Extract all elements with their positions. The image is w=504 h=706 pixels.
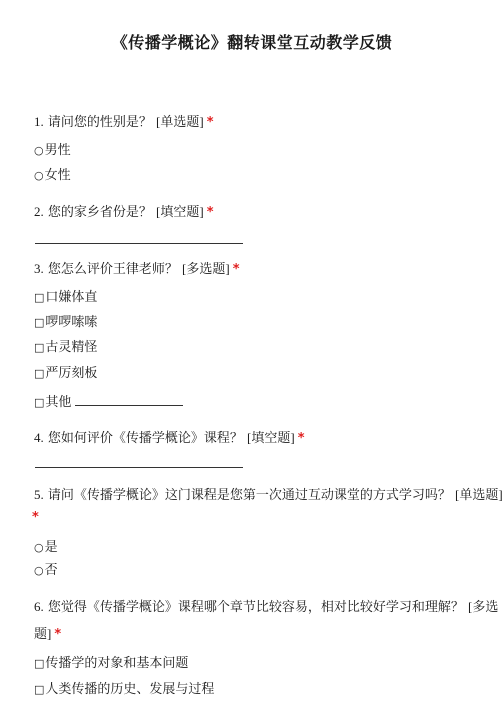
question-type: [多选题] [182, 261, 230, 276]
question-1: 1. 请问您的性别是？ [单选题]* [34, 114, 214, 131]
question-type: [单选题] [156, 114, 204, 129]
radio-icon[interactable]: ○ [34, 564, 44, 577]
question-6-continued: 题]* [34, 626, 61, 643]
option-label: 传播学的对象和基本问题 [45, 656, 188, 671]
checkbox-option-2[interactable]: □啰啰嗦嗦 [34, 315, 97, 331]
checkbox-icon[interactable]: □ [34, 341, 44, 354]
question-type: [单选题] [455, 487, 503, 502]
question-text: 您觉得《传播学概论》课程哪个章节比较容易，相对比较好学习和理解？ [48, 600, 464, 615]
checkbox-option-other[interactable]: □其他 [34, 393, 183, 411]
checkbox-icon[interactable]: □ [34, 367, 44, 380]
question-4: 4. 您如何评价《传播学概论》课程？ [填空题]* [34, 430, 305, 447]
required-icon: * [32, 510, 39, 525]
question-type: [填空题] [247, 430, 295, 445]
question-type: [填空题] [156, 204, 204, 219]
checkbox-option-chapter-2[interactable]: □人类传播的历史、发展与过程 [34, 682, 214, 698]
option-label: 严厉刻板 [45, 366, 97, 381]
required-icon: * [207, 115, 214, 130]
radio-icon[interactable]: ○ [34, 541, 44, 554]
checkbox-option-chapter-1[interactable]: □传播学的对象和基本问题 [34, 656, 188, 672]
question-number: 6. [34, 599, 44, 614]
option-label: 是 [45, 540, 58, 555]
option-label: 古灵精怪 [45, 340, 97, 355]
question-number: 1. [34, 114, 44, 129]
option-label: 人类传播的历史、发展与过程 [45, 682, 214, 697]
checkbox-icon[interactable]: □ [34, 291, 44, 304]
question-text: 请问您的性别是？ [48, 115, 152, 130]
option-label: 其他 [45, 395, 71, 410]
question-number: 4. [34, 430, 44, 445]
question-2: 2. 您的家乡省份是？ [填空题]* [34, 204, 214, 221]
question-type: [多选 [468, 599, 498, 614]
checkbox-option-1[interactable]: □口嫌体直 [34, 290, 97, 306]
checkbox-option-3[interactable]: □古灵精怪 [34, 340, 97, 356]
checkbox-icon[interactable]: □ [34, 683, 44, 696]
option-label: 否 [45, 563, 58, 578]
checkbox-icon[interactable]: □ [34, 657, 44, 670]
question-number: 5. [34, 487, 44, 502]
radio-option-no[interactable]: ○否 [34, 563, 58, 579]
option-label: 口嫌体直 [45, 290, 97, 305]
question-3: 3. 您怎么评价王律老师？ [多选题]* [34, 261, 240, 278]
other-fill-blank[interactable] [75, 393, 183, 406]
radio-option-female[interactable]: ○女性 [34, 168, 71, 184]
question-text: 您怎么评价王律老师？ [48, 262, 178, 277]
radio-icon[interactable]: ○ [34, 144, 44, 157]
option-label: 啰啰嗦嗦 [45, 315, 97, 330]
required-icon: * [54, 627, 61, 642]
hometown-fill-blank[interactable] [35, 243, 243, 244]
question-text: 请问《传播学概论》这门课程是您第一次通过互动课堂的方式学习吗？ [48, 488, 451, 503]
radio-icon[interactable]: ○ [34, 169, 44, 182]
checkbox-icon[interactable]: □ [34, 316, 44, 329]
survey-title: 《传播学概论》翻转课堂互动教学反馈 [0, 30, 504, 53]
checkbox-icon[interactable]: □ [34, 396, 44, 409]
required-icon: * [233, 262, 240, 277]
option-label: 男性 [45, 143, 71, 158]
question-type: 题] [34, 626, 51, 641]
option-label: 女性 [45, 168, 71, 183]
question-number: 3. [34, 261, 44, 276]
checkbox-option-4[interactable]: □严厉刻板 [34, 366, 97, 382]
required-icon: * [207, 205, 214, 220]
question-number: 2. [34, 204, 44, 219]
required-icon: * [298, 431, 305, 446]
question-5: 5. 请问《传播学概论》这门课程是您第一次通过互动课堂的方式学习吗？ [单选题] [34, 487, 503, 504]
question-text: 您如何评价《传播学概论》课程？ [48, 431, 243, 446]
question-6: 6. 您觉得《传播学概论》课程哪个章节比较容易，相对比较好学习和理解？ [多选 [34, 599, 498, 616]
question-5-required: * [32, 510, 39, 526]
course-evaluation-fill-blank[interactable] [35, 467, 243, 468]
question-text: 您的家乡省份是？ [48, 205, 152, 220]
radio-option-yes[interactable]: ○是 [34, 540, 58, 556]
radio-option-male[interactable]: ○男性 [34, 143, 71, 159]
